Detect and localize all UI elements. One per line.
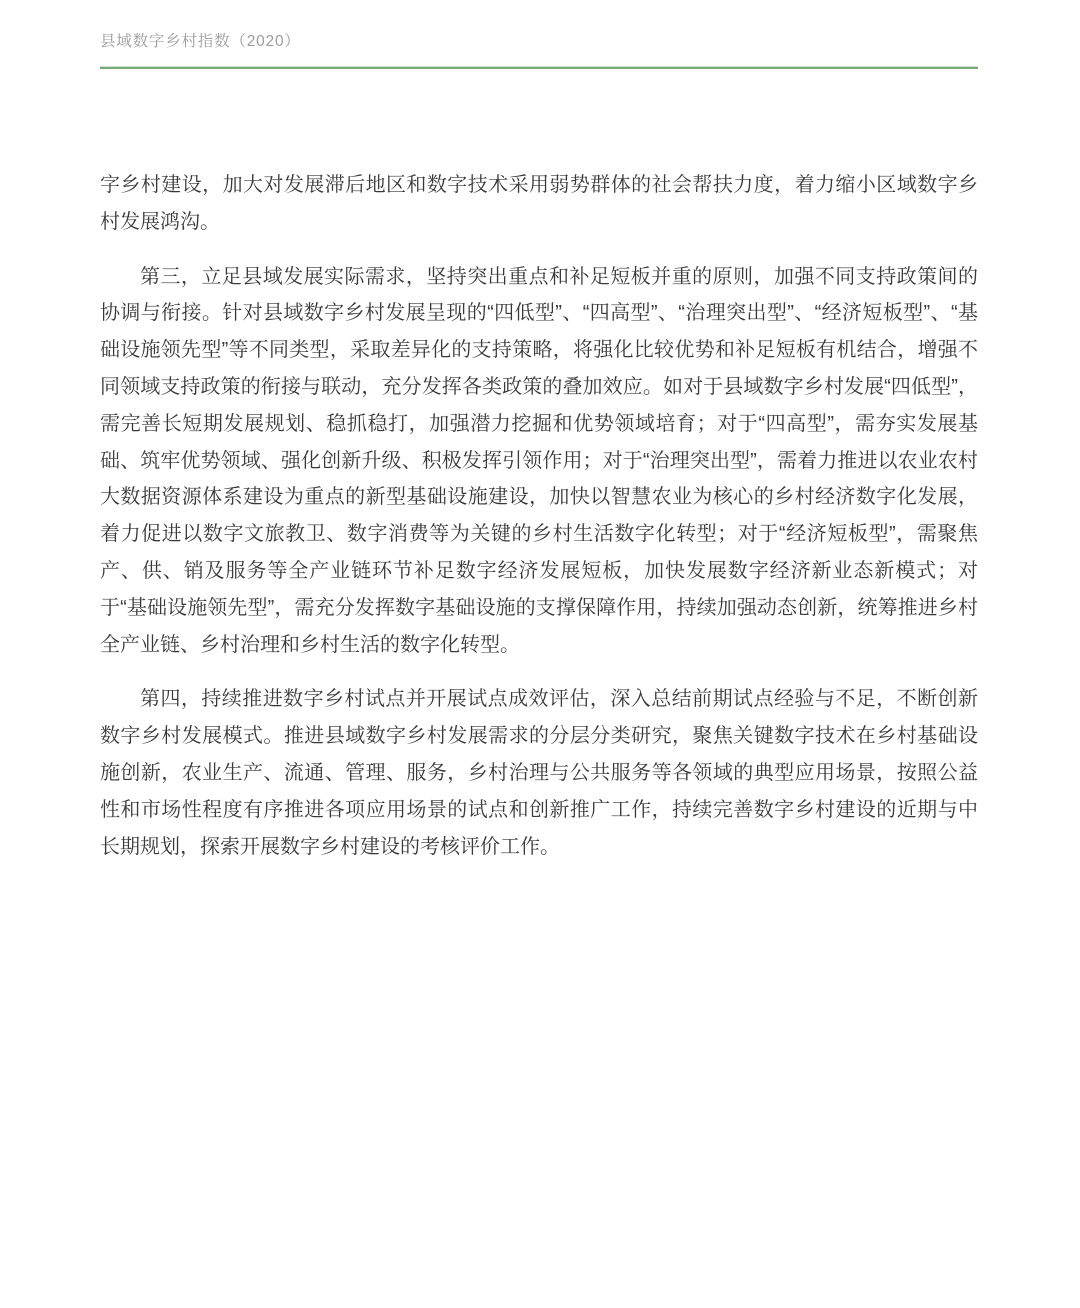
document-page: 县域数字乡村指数（2020） 字乡村建设，加大对发展滞后地区和数字技术采用弱势群… <box>0 0 1080 1308</box>
document-body: 字乡村建设，加大对发展滞后地区和数字技术采用弱势群体的社会帮扶力度，着力缩小区域… <box>100 167 978 883</box>
page-header-title: 县域数字乡村指数（2020） <box>100 33 301 50</box>
paragraph-third-point: 第三，立足县域发展实际需求，坚持突出重点和补足短板并重的原则，加强不同支持政策间… <box>100 259 978 664</box>
header-divider-rule <box>100 66 978 69</box>
page-header: 县域数字乡村指数（2020） <box>100 30 978 54</box>
paragraph-continuation: 字乡村建设，加大对发展滞后地区和数字技术采用弱势群体的社会帮扶力度，着力缩小区域… <box>100 167 978 241</box>
paragraph-fourth-point: 第四，持续推进数字乡村试点并开展试点成效评估，深入总结前期试点经验与不足，不断创… <box>100 681 978 865</box>
